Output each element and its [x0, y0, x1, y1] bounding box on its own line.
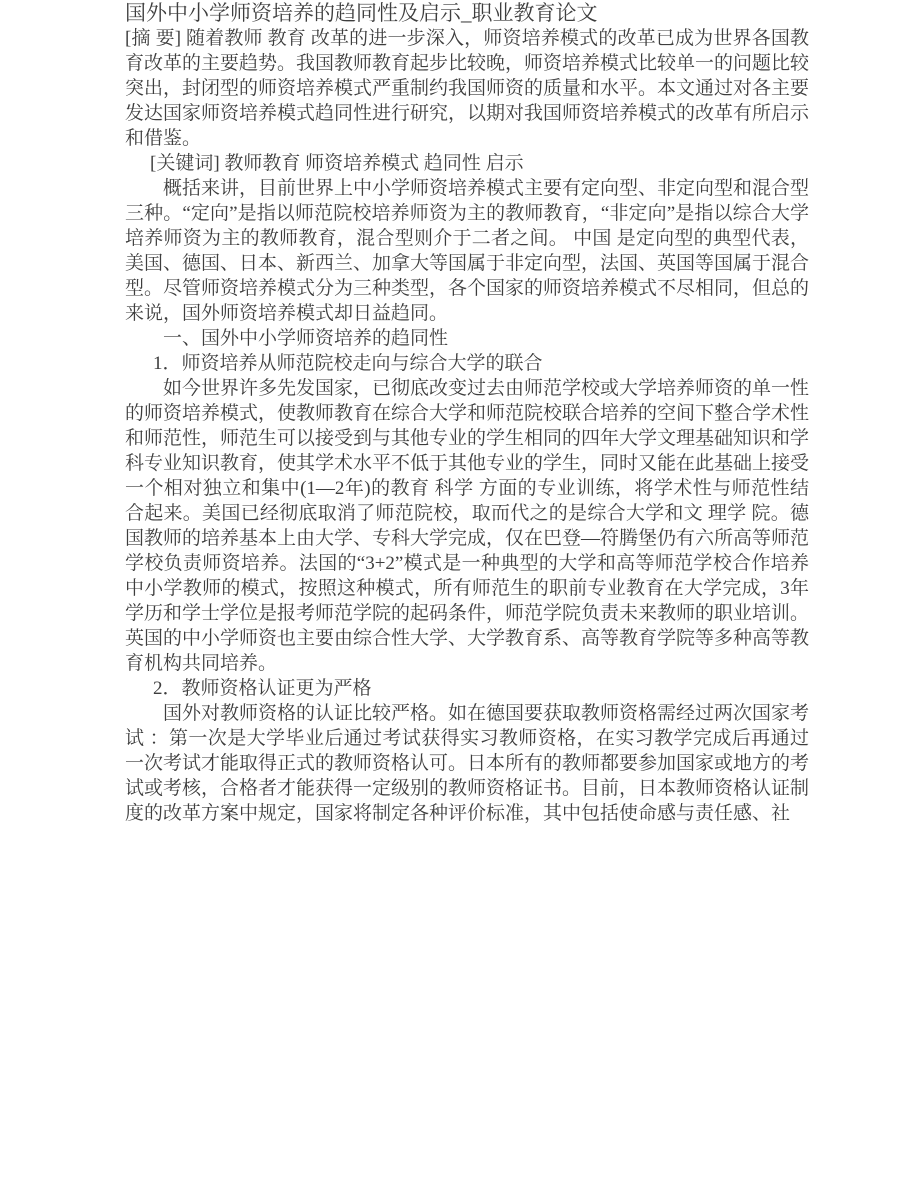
section-1-heading: 一、国外中小学师资培养的趋同性: [125, 326, 809, 351]
document-page: 国外中小学师资培养的趋同性及启示_职业教育论文 [摘 要] 随着教师 教育 改革…: [125, 0, 809, 826]
subsection-1-2-heading: 2．教师资格认证更为严格: [125, 676, 809, 701]
subsection-1-1-paragraph: 如今世界许多先发国家，已彻底改变过去由师范学校或大学培养师资的单一性的师资培养模…: [125, 376, 809, 676]
abstract-paragraph: [摘 要] 随着教师 教育 改革的进一步深入，师资培养模式的改革已成为世界各国教…: [125, 26, 809, 151]
overview-paragraph: 概括来讲，目前世界上中小学师资培养模式主要有定向型、非定向型和混合型三种。“定向…: [125, 176, 809, 326]
keywords-line: [关键词] 教师教育 师资培养模式 趋同性 启示: [125, 151, 809, 176]
subsection-1-2-paragraph: 国外对教师资格的认证比较严格。如在德国要获取教师资格需经过两次国家考试 ：第一次…: [125, 701, 809, 826]
page: { "page": { "background": "#ffffff", "te…: [0, 0, 920, 1191]
subsection-1-1-heading: 1．师资培养从师范院校走向与综合大学的联合: [125, 351, 809, 376]
document-title: 国外中小学师资培养的趋同性及启示_职业教育论文: [125, 0, 809, 26]
